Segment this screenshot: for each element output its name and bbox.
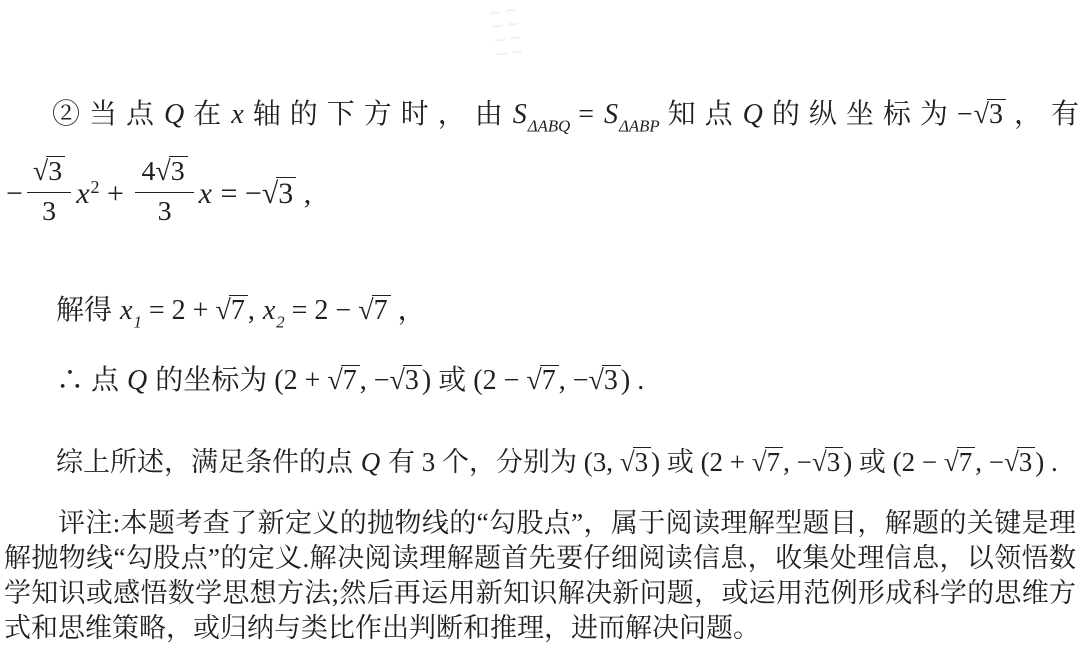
- math-txt: ) 或 (2 +: [651, 447, 752, 477]
- radicand: 7: [229, 295, 248, 325]
- math-sqrt: √7: [526, 365, 558, 395]
- radicand: 3: [1017, 447, 1036, 476]
- math-txt: ② 当 点: [52, 99, 163, 130]
- math-sub: 2: [276, 312, 284, 331]
- radicand: 3: [46, 156, 65, 186]
- math-sqrt: √3: [620, 447, 651, 476]
- solution-line-summary: 综上所述，满足条件的点 Q 有 3 个，分别为 (3, √3) 或 (2 + √…: [56, 440, 1058, 479]
- math-txt: , −: [975, 447, 1004, 477]
- math-it: x: [119, 295, 133, 326]
- math-txt: 3: [42, 196, 56, 227]
- math-txt: −: [957, 99, 974, 130]
- math-sqrt: √3: [589, 365, 621, 395]
- document-page: { "page": { "background": "#ffffff", "te…: [0, 0, 1080, 659]
- radicand: 3: [987, 99, 1006, 129]
- solution-line-solve: 解得 x1 = 2 + √7, x2 = 2 − √7 ，: [56, 288, 426, 328]
- math-sub: ΔABP: [619, 116, 660, 135]
- math-txt: +: [100, 177, 132, 210]
- radicand: 3: [825, 447, 844, 476]
- math-it: Q: [360, 447, 382, 477]
- math-sqrt: √3: [390, 365, 422, 395]
- radicand: 3: [403, 365, 422, 395]
- math-frac: √33: [27, 156, 71, 228]
- math-txt: 的 纵 坐 标 为: [764, 99, 957, 130]
- math-it: Q: [742, 99, 764, 130]
- math-txt: =: [570, 99, 603, 130]
- math-it: x: [262, 295, 276, 326]
- math-txt: 轴 的 下 方 时 ， 由: [245, 99, 512, 130]
- math-sqrt: √7: [215, 295, 247, 325]
- radicand: 3: [633, 447, 652, 476]
- math-txt: = 2 +: [142, 295, 216, 326]
- math-sub: ΔABQ: [528, 116, 570, 135]
- math-sqrt: √3: [262, 177, 296, 210]
- math-sup: 2: [91, 177, 100, 197]
- math-sqrt: √3: [974, 99, 1006, 129]
- faint-watermark: ~~ ~~ ~~ ~~: [488, 2, 527, 62]
- math-sqrt: √7: [327, 365, 359, 395]
- solution-line-case2: ② 当 点 Q 在 x 轴 的 下 方 时 ， 由 SΔABQ = SΔABP …: [52, 92, 1080, 132]
- fraction-numerator: √3: [27, 156, 71, 193]
- solution-line-therefore: ∴ 点 Q 的坐标为 (2 + √7, −√3) 或 (2 − √7, −√3)…: [56, 358, 644, 398]
- math-it: Q: [126, 365, 148, 396]
- math-it: S: [603, 99, 619, 130]
- radicand: 7: [540, 365, 559, 395]
- fraction-numerator: 4√3: [135, 156, 193, 193]
- math-txt: ) .: [621, 365, 644, 396]
- math-txt: 3: [158, 196, 172, 227]
- math-sqrt: √3: [155, 156, 187, 186]
- radicand: 3: [276, 177, 296, 210]
- radicand: 7: [372, 295, 391, 325]
- math-txt: ,: [248, 295, 262, 326]
- fraction-denominator: 3: [135, 193, 193, 228]
- radicand: 3: [602, 365, 621, 395]
- math-frac: 4√33: [135, 156, 193, 228]
- math-txt: , −: [360, 365, 390, 396]
- radicand: 7: [341, 365, 360, 395]
- math-sqrt: √7: [752, 447, 783, 476]
- math-txt: ∴ 点: [56, 365, 126, 396]
- math-txt: 解得: [56, 295, 119, 326]
- math-txt: −: [6, 177, 23, 210]
- math-it: x: [75, 177, 90, 210]
- math-it: Q: [163, 99, 185, 130]
- math-it: S: [512, 99, 528, 130]
- math-txt: , −: [559, 365, 589, 396]
- math-txt: 知 点: [660, 99, 742, 130]
- math-sub: 1: [133, 312, 141, 331]
- math-txt: 综上所述，满足条件的点: [56, 447, 360, 477]
- math-txt: 4: [141, 156, 155, 187]
- solution-line-equation: −√33x2 + 4√33x = −√3 ,: [6, 160, 311, 232]
- math-sqrt: √3: [33, 156, 65, 186]
- radicand: 7: [765, 447, 784, 476]
- math-txt: 在: [185, 99, 230, 130]
- math-sqrt: √7: [944, 447, 975, 476]
- math-txt: , −: [783, 447, 812, 477]
- math-txt: ， 有: [1006, 99, 1080, 130]
- math-sqrt: √7: [358, 295, 390, 325]
- fraction-denominator: 3: [27, 193, 71, 228]
- math-txt: ) 或 (2 −: [843, 447, 944, 477]
- math-it: x: [230, 99, 244, 130]
- math-txt: = −: [213, 177, 262, 210]
- math-txt: ，: [391, 295, 426, 326]
- math-sqrt: √3: [812, 447, 843, 476]
- math-it: x: [198, 177, 213, 210]
- math-txt: ) 或 (2 −: [422, 365, 526, 396]
- math-txt: ,: [296, 177, 311, 210]
- radicand: 3: [169, 156, 188, 186]
- comment-paragraph: 评注:本题考查了新定义的抛物线的“勾股点”，属于阅读理解型题目，解题的关键是理解…: [4, 506, 1076, 646]
- math-txt: 有 3 个，分别为 (3,: [381, 447, 620, 477]
- math-txt: = 2 −: [285, 295, 359, 326]
- math-sqrt: √3: [1004, 447, 1035, 476]
- radicand: 7: [957, 447, 976, 476]
- math-txt: 的坐标为 (2 +: [148, 365, 327, 396]
- math-txt: ) .: [1035, 447, 1058, 477]
